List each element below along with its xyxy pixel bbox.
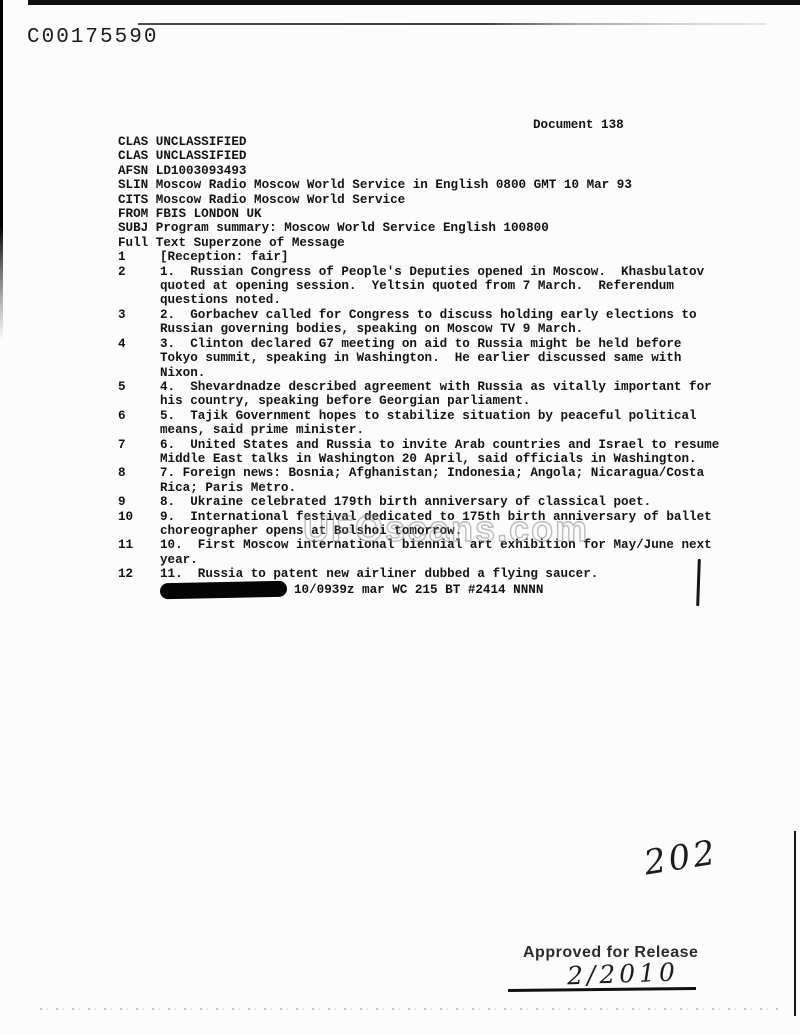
scan-id-underline — [138, 23, 766, 25]
paragraph-row: 54. Shevardnadze described agreement wit… — [118, 380, 768, 409]
header-line: SUBJ Program summary: Moscow World Servi… — [118, 221, 768, 235]
paragraph-sequence-number: 1 — [118, 250, 160, 264]
paragraph-text: 6. United States and Russia to invite Ar… — [160, 438, 719, 467]
paragraph-sequence-number: 11 — [118, 538, 160, 567]
paragraph-row: 1110. First Moscow international biennia… — [118, 538, 768, 567]
redaction-bar — [160, 580, 287, 599]
paragraph-row: 76. United States and Russia to invite A… — [118, 438, 768, 467]
handwritten-page-number: 202 — [641, 832, 720, 883]
paragraph-sequence-number: 5 — [118, 380, 160, 409]
paragraph-sequence-number: 4 — [118, 337, 160, 380]
scan-left-edge-line — [0, 0, 3, 340]
document-number-label: Document 138 — [533, 118, 624, 132]
paragraph-text: 10. First Moscow international biennial … — [160, 538, 712, 567]
paragraph-row: 87. Foreign news: Bosnia; Afghanistan; I… — [118, 466, 768, 495]
paragraph-text: 11. Russia to patent new airliner dubbed… — [160, 567, 598, 581]
paragraph-sequence-number: 9 — [118, 495, 160, 509]
header-line: Full Text Superzone of Message — [118, 236, 768, 250]
header-line: FROM FBIS LONDON UK — [118, 207, 768, 221]
paragraph-text: 9. International festival dedicated to 1… — [160, 510, 712, 539]
scan-noise-line — [40, 1008, 780, 1010]
scan-top-edge-bar — [28, 0, 800, 5]
scan-right-edge-line — [794, 831, 796, 1016]
paragraph-row: 43. Clinton declared G7 meeting on aid t… — [118, 337, 768, 380]
signoff-line: 10/0939z mar WC 215 BT #2414 NNNN — [160, 583, 768, 597]
paragraph-sequence-number: 3 — [118, 308, 160, 337]
paragraph-row: 65. Tajik Government hopes to stabilize … — [118, 409, 768, 438]
header-line: CLAS UNCLASSIFIED — [118, 149, 768, 163]
paragraph-text: 1. Russian Congress of People's Deputies… — [160, 265, 704, 308]
paragraph-text: 3. Clinton declared G7 meeting on aid to… — [160, 337, 681, 380]
paragraph-row: 21. Russian Congress of People's Deputie… — [118, 265, 768, 308]
paragraph-sequence-number: 2 — [118, 265, 160, 308]
document-text-block: CLAS UNCLASSIFIEDCLAS UNCLASSIFIEDAFSN L… — [118, 135, 768, 597]
paragraph-text: 8. Ukraine celebrated 179th birth annive… — [160, 495, 651, 509]
paragraph-sequence-number: 12 — [118, 567, 160, 581]
scan-id: C00175590 — [27, 26, 158, 49]
paragraph-text: 5. Tajik Government hopes to stabilize s… — [160, 409, 697, 438]
paragraph-text: 4. Shevardnadze described agreement with… — [160, 380, 712, 409]
paragraph-sequence-number: 7 — [118, 438, 160, 467]
header-line: SLIN Moscow Radio Moscow World Service i… — [118, 178, 768, 192]
paragraph-sequence-number: 8 — [118, 466, 160, 495]
header-line: CLAS UNCLASSIFIED — [118, 135, 768, 149]
paragraph-sequence-number: 10 — [118, 510, 160, 539]
paragraph-row: 98. Ukraine celebrated 179th birth anniv… — [118, 495, 768, 509]
document-page: C00175590 Document 138 CLAS UNCLASSIFIED… — [0, 0, 800, 1034]
paragraph-row: 1211. Russia to patent new airliner dubb… — [118, 567, 768, 581]
header-line: CITS Moscow Radio Moscow World Service — [118, 193, 768, 207]
paragraph-row: 109. International festival dedicated to… — [118, 510, 768, 539]
paragraph-row: 1[Reception: fair] — [118, 250, 768, 264]
release-stamp: Approved for Release 2/2010 — [505, 944, 705, 989]
header-lines: CLAS UNCLASSIFIEDCLAS UNCLASSIFIEDAFSN L… — [118, 135, 768, 250]
paragraph-text: 2. Gorbachev called for Congress to disc… — [160, 308, 697, 337]
paragraph-text: [Reception: fair] — [160, 250, 288, 264]
paragraph-list: 1[Reception: fair]21. Russian Congress o… — [118, 250, 768, 581]
signoff-text: 10/0939z mar WC 215 BT #2414 NNNN — [294, 583, 543, 597]
paragraph-sequence-number: 6 — [118, 409, 160, 438]
header-line: AFSN LD1003093493 — [118, 164, 768, 178]
paragraph-row: 32. Gorbachev called for Congress to dis… — [118, 308, 768, 337]
paragraph-text: 7. Foreign news: Bosnia; Afghanistan; In… — [160, 466, 704, 495]
